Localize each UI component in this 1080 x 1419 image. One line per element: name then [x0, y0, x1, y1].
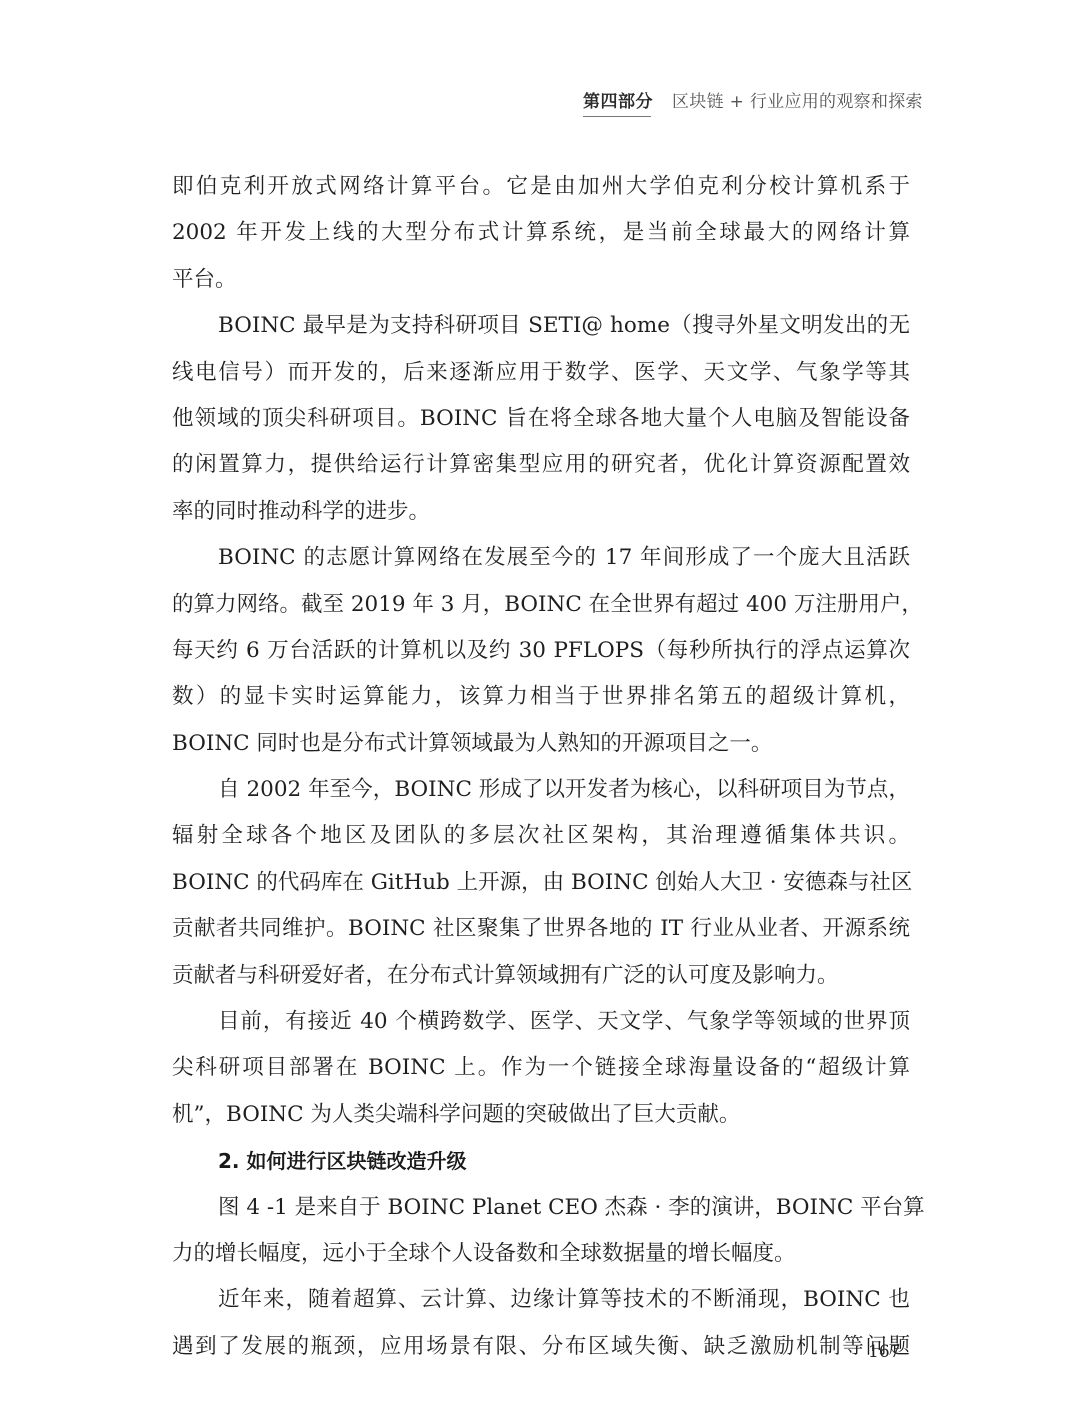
- text-line: 贡献者与科研爱好者，在分布式计算领域拥有广泛的认可度及影响力。: [172, 953, 910, 999]
- text-line: 每天约 6 万台活跃的计算机以及约 30 PFLOPS（每秒所执行的浮点运算次: [172, 628, 910, 674]
- text-line: 遇到了发展的瓶颈，应用场景有限、分布区域失衡、缺乏激励机制等问题: [172, 1324, 910, 1370]
- header-part-label: 第四部分: [583, 87, 653, 112]
- text-line: BOINC 同时也是分布式计算领域最为人熟知的开源项目之一。: [172, 721, 910, 767]
- text-line: 机”，BOINC 为人类尖端科学问题的突破做出了巨大贡献。: [172, 1092, 910, 1138]
- text-line: 的闲置算力，提供给运行计算密集型应用的研究者，优化计算资源配置效: [172, 442, 910, 488]
- text-line: 贡献者共同维护。BOINC 社区聚集了世界各地的 IT 行业从业者、开源系统: [172, 906, 910, 952]
- body-text: 即伯克利开放式网络计算平台。它是由加州大学伯克利分校计算机系于 2002 年开发…: [172, 164, 910, 1370]
- text-line: 他领域的顶尖科研项目。BOINC 旨在将全球各地大量个人电脑及智能设备: [172, 396, 910, 442]
- page-number: 167: [868, 1342, 900, 1362]
- running-header: 第四部分 区块链 + 行业应用的观察和探索: [583, 84, 923, 114]
- text-line: BOINC 的代码库在 GitHub 上开源，由 BOINC 创始人大卫 · 安…: [172, 860, 910, 906]
- text-line: BOINC 的志愿计算网络在发展至今的 17 年间形成了一个庞大且活跃: [172, 535, 910, 581]
- paragraph-boinc-bottleneck: 近年来，随着超算、云计算、边缘计算等技术的不断涌现，BOINC 也 遇到了发展的…: [172, 1277, 910, 1370]
- text-line: 即伯克利开放式网络计算平台。它是由加州大学伯克利分校计算机系于: [172, 164, 910, 210]
- text-line: 辐射全球各个地区及团队的多层次社区架构，其治理遵循集体共识。: [172, 813, 910, 859]
- text-line: 目前，有接近 40 个横跨数学、医学、天文学、气象学等领域的世界顶: [172, 999, 910, 1045]
- text-line: 数）的显卡实时运算能力，该算力相当于世界排名第五的超级计算机，: [172, 674, 910, 720]
- text-line: 自 2002 年至今，BOINC 形成了以开发者为核心，以科研项目为节点，: [172, 767, 910, 813]
- paragraph-boinc-projects: 目前，有接近 40 个横跨数学、医学、天文学、气象学等领域的世界顶 尖科研项目部…: [172, 999, 910, 1138]
- paragraph-boinc-network: BOINC 的志愿计算网络在发展至今的 17 年间形成了一个庞大且活跃 的算力网…: [172, 535, 910, 767]
- text-line: BOINC 最早是为支持科研项目 SETI@ home（搜寻外星文明发出的无: [172, 303, 910, 349]
- text-line: 线电信号）而开发的，后来逐渐应用于数学、医学、天文学、气象学等其: [172, 350, 910, 396]
- paragraph-boinc-origin: BOINC 最早是为支持科研项目 SETI@ home（搜寻外星文明发出的无 线…: [172, 303, 910, 535]
- header-underline-divider: [583, 116, 651, 117]
- text-line: 率的同时推动科学的进步。: [172, 489, 910, 535]
- text-line: 平台。: [172, 257, 910, 303]
- text-line: 尖科研项目部署在 BOINC 上。作为一个链接全球海量设备的“超级计算: [172, 1045, 910, 1091]
- text-line: 2002 年开发上线的大型分布式计算系统，是当前全球最大的网络计算: [172, 210, 910, 256]
- text-line: 近年来，随着超算、云计算、边缘计算等技术的不断涌现，BOINC 也: [172, 1277, 910, 1323]
- text-line: 力的增长幅度，远小于全球个人设备数和全球数据量的增长幅度。: [172, 1231, 910, 1277]
- text-line: 的算力网络。截至 2019 年 3 月，BOINC 在全世界有超过 400 万注…: [172, 582, 910, 628]
- paragraph-continued: 即伯克利开放式网络计算平台。它是由加州大学伯克利分校计算机系于 2002 年开发…: [172, 164, 910, 303]
- text-line: 图 4 -1 是来自于 BOINC Planet CEO 杰森 · 李的演讲，B…: [172, 1185, 910, 1231]
- header-section-title: 区块链 + 行业应用的观察和探索: [672, 87, 923, 112]
- paragraph-figure-reference: 图 4 -1 是来自于 BOINC Planet CEO 杰森 · 李的演讲，B…: [172, 1185, 910, 1278]
- paragraph-boinc-community: 自 2002 年至今，BOINC 形成了以开发者为核心，以科研项目为节点， 辐射…: [172, 767, 910, 999]
- section-heading: 2. 如何进行区块链改造升级: [172, 1138, 910, 1184]
